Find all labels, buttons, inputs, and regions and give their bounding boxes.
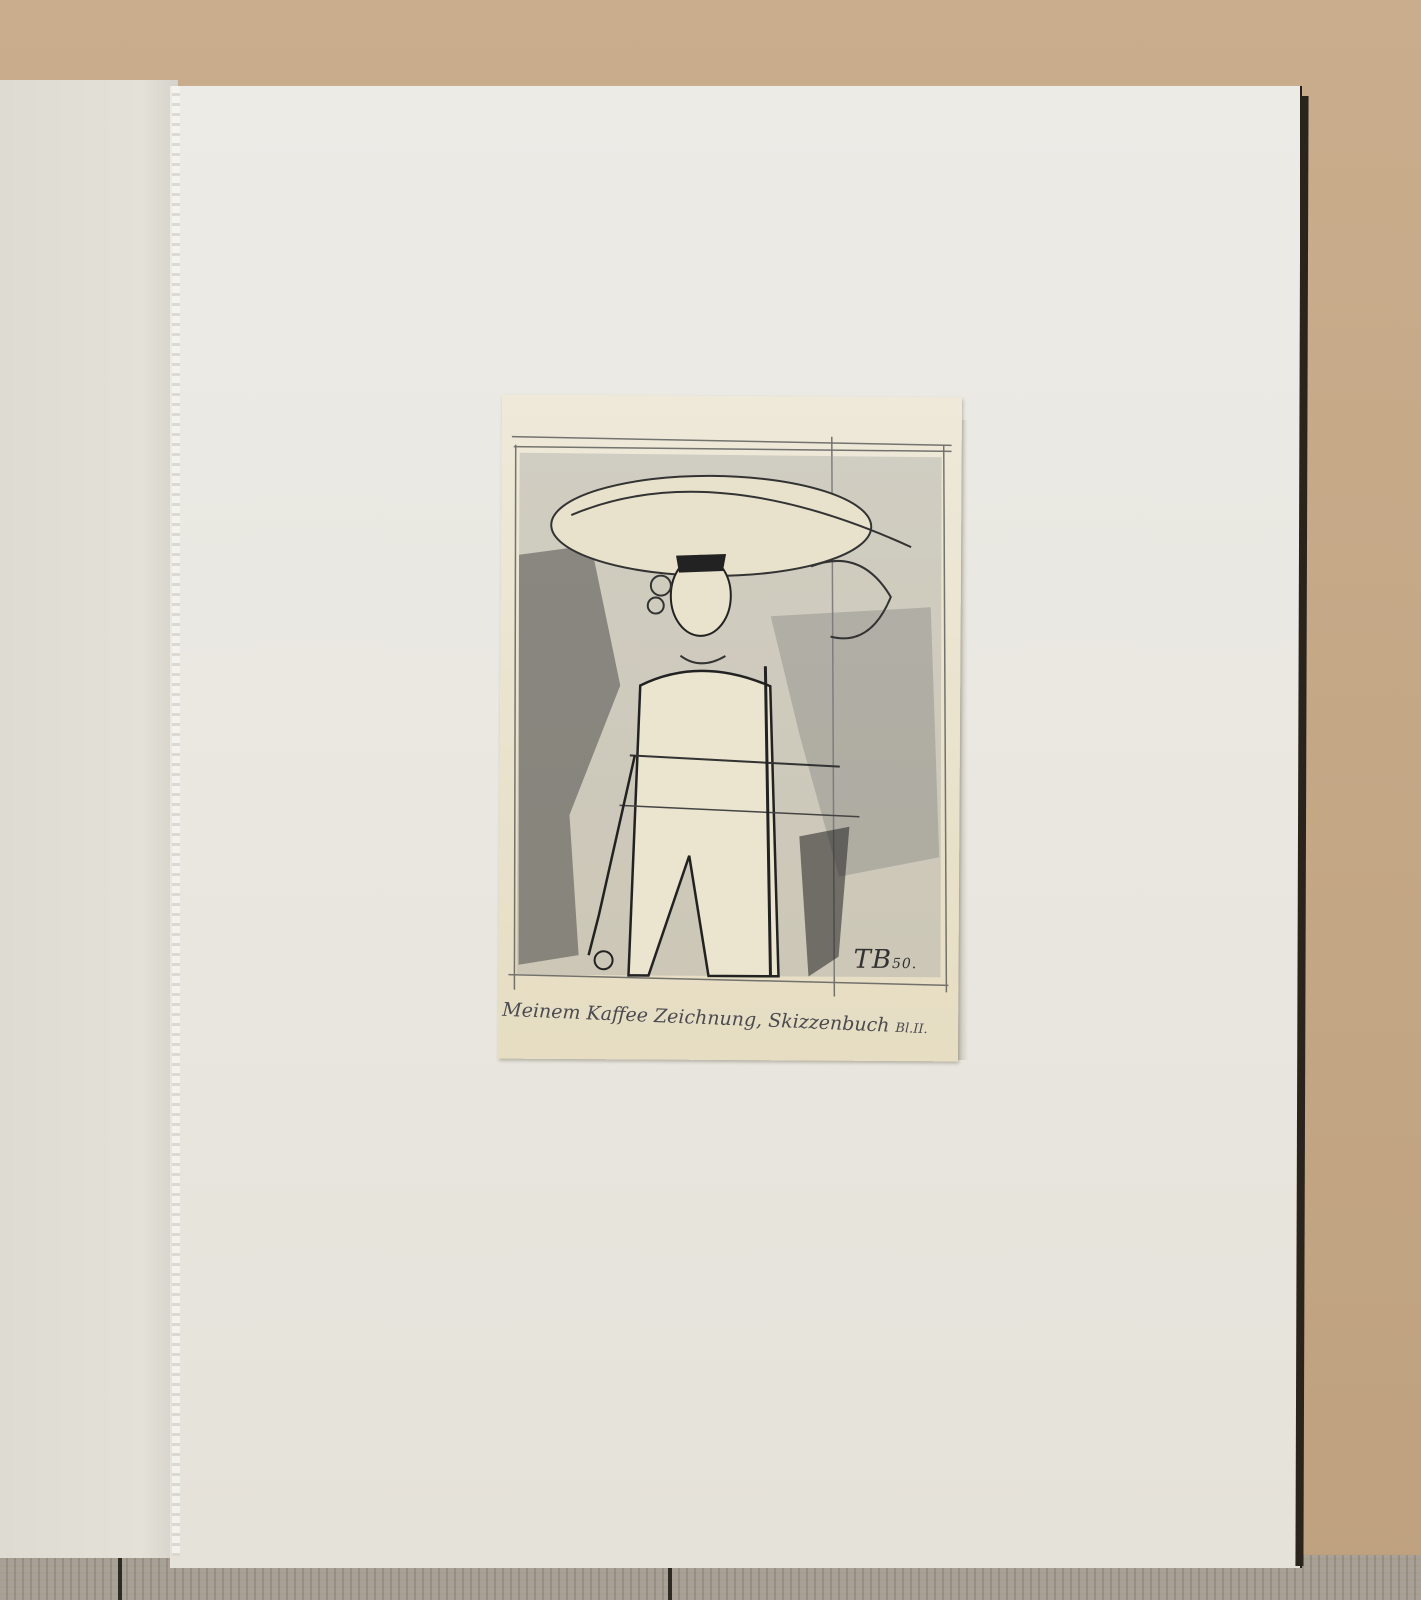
artist-monogram: TB50. — [853, 945, 917, 975]
pavement-joint — [118, 1555, 122, 1600]
caption-text: Meinem Kaffee Zeichnung, Skizzenbuch — [502, 999, 890, 1037]
sketch-sheet: TB50. Meinem Kaffee Zeichnung, Skizzenbu… — [498, 395, 962, 1062]
monogram-text: TB — [853, 945, 892, 975]
signature-year: 50. — [892, 956, 917, 972]
folder-left-page — [0, 80, 178, 1558]
handwritten-caption: Meinem Kaffee Zeichnung, Skizzenbuch Bl.… — [498, 999, 963, 1040]
pencil-drawing — [508, 435, 951, 998]
caption-sheet-number: Bl.II. — [895, 1021, 928, 1037]
folder-spine-edge — [172, 86, 180, 1556]
